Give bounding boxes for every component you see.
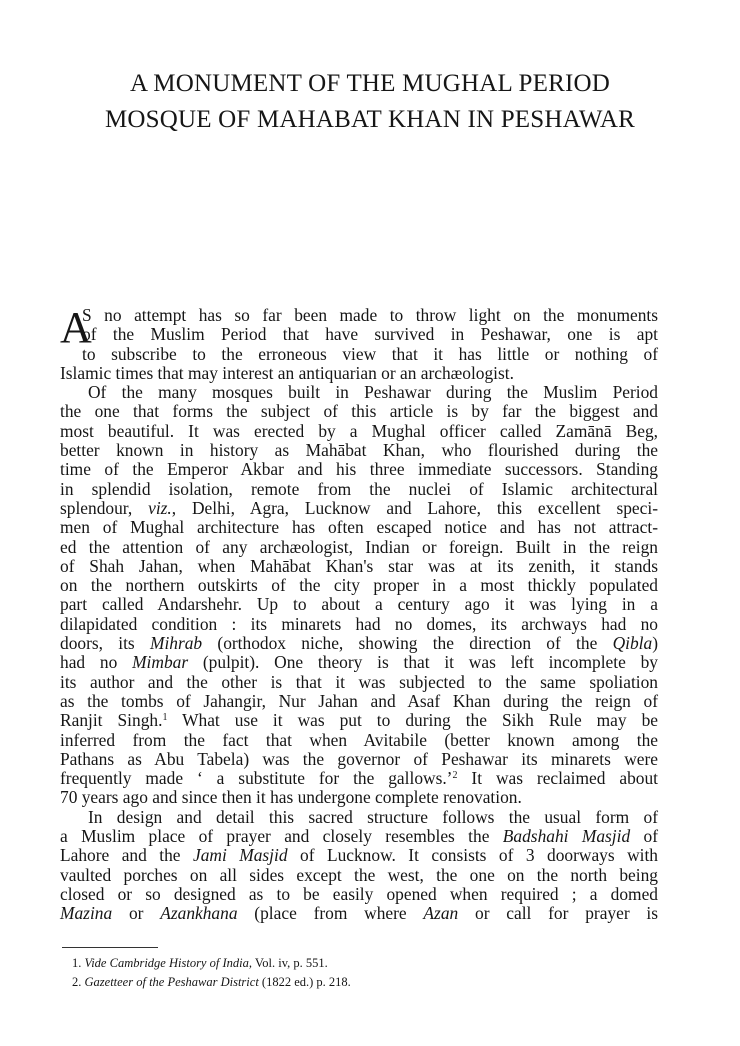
text-run: Lahore and the — [60, 845, 193, 865]
text-run: (orthodox niche, showing the direction o… — [202, 633, 612, 653]
text-line: In design and detail this sacred structu… — [60, 808, 658, 827]
footnote-number: 2. — [72, 975, 81, 989]
text-run: or call for prayer is — [458, 903, 658, 923]
article-body: A S no attempt has so far been made to t… — [60, 306, 658, 924]
text-line: ed the attention of any archæologist, In… — [60, 538, 658, 557]
text-run: doors, its — [60, 633, 150, 653]
text-line: of the Muslim Period that have survived … — [60, 325, 658, 344]
text-line: as the tombs of Jahangir, Nur Jahan and … — [60, 692, 658, 711]
text-line: in splendid isolation, remote from the n… — [60, 480, 658, 499]
text-run: a Muslim place of prayer and closely res… — [60, 826, 503, 846]
text-line: frequently made ‘ a substitute for the g… — [60, 769, 658, 788]
text-line: Mazina or Azankhana (place from where Az… — [60, 904, 658, 923]
footnote-title: Vide Cambridge History of India, — [85, 956, 252, 970]
text-line: a Muslim place of prayer and closely res… — [60, 827, 658, 846]
text-line: vaulted porches on all sides except the … — [60, 866, 658, 885]
text-run: ) — [652, 633, 658, 653]
text-run: What use it was put to during the Sikh R… — [167, 710, 658, 730]
text-line: men of Mughal architecture has often esc… — [60, 518, 658, 537]
text-run: of Lucknow. It consists of 3 doorways wi… — [288, 845, 658, 865]
footnote-text: (1822 ed.) p. 218. — [259, 975, 351, 989]
text-line: most beautiful. It was erected by a Mugh… — [60, 422, 658, 441]
text-run: Ranjit Singh. — [60, 710, 162, 730]
italic-term: Qibla — [613, 633, 653, 653]
footnote-2: 2. Gazetteer of the Peshawar District (1… — [72, 973, 351, 992]
text-line: better known in history as Mahābat Khan,… — [60, 441, 658, 460]
text-line: Ranjit Singh.1 What use it was put to du… — [60, 711, 658, 730]
text-line: the one that forms the subject of this a… — [60, 402, 658, 421]
text-line: inferred from the fact that when Avitabi… — [60, 731, 658, 750]
text-run: had no — [60, 652, 132, 672]
text-line: to subscribe to the erroneous view that … — [60, 345, 658, 364]
text-run: frequently made ‘ a substitute for the g… — [60, 768, 452, 788]
text-run: (place from where — [238, 903, 424, 923]
text-line: closed or so designed as to be easily op… — [60, 885, 658, 904]
text-line: time of the Emperor Akbar and his three … — [60, 460, 658, 479]
text-line: on the northern outskirts of the city pr… — [60, 576, 658, 595]
text-run: , Delhi, Agra, Lucknow and Lahore, this … — [172, 498, 658, 518]
text-line: 70 years ago and since then it has under… — [60, 788, 658, 807]
text-run: of — [630, 826, 658, 846]
footnote-text: Vol. iv, p. 551. — [252, 956, 328, 970]
italic-term: Mimbar — [132, 652, 188, 672]
text-line: Lahore and the Jami Masjid of Lucknow. I… — [60, 846, 658, 865]
text-line: part called Andarshehr. Up to about a ce… — [60, 595, 658, 614]
footnote-title: Gazetteer of the Peshawar District — [85, 975, 259, 989]
footnote-1: 1. Vide Cambridge History of India, Vol.… — [72, 954, 351, 973]
italic-term: Azankhana — [160, 903, 237, 923]
title-line-2: MOSQUE OF MAHABAT KHAN IN PESHAWAR — [0, 102, 740, 138]
footnotes: 1. Vide Cambridge History of India, Vol.… — [72, 954, 351, 992]
footnote-number: 1. — [72, 956, 81, 970]
italic-term: Badshahi Masjid — [503, 826, 630, 846]
drop-cap: A — [60, 308, 92, 348]
italic-term: Jami Masjid — [193, 845, 288, 865]
text-line: Pathans as Abu Tabela) was the governor … — [60, 750, 658, 769]
article-title: A MONUMENT OF THE MUGHAL PERIOD MOSQUE O… — [0, 66, 740, 138]
text-line: doors, its Mihrab (orthodox niche, showi… — [60, 634, 658, 653]
italic-term: Azan — [423, 903, 458, 923]
text-line: dilapidated condition : its minarets had… — [60, 615, 658, 634]
text-line: its author and the other is that it was … — [60, 673, 658, 692]
text-run: or — [112, 903, 160, 923]
italic-term: Mihrab — [150, 633, 202, 653]
text-line: had no Mimbar (pulpit). One theory is th… — [60, 653, 658, 672]
footnote-divider — [62, 947, 158, 948]
italic-term: viz. — [148, 498, 172, 518]
text-line: splendour, viz., Delhi, Agra, Lucknow an… — [60, 499, 658, 518]
text-line: S no attempt has so far been made to thr… — [60, 306, 658, 325]
text-run: (pulpit). One theory is that it was left… — [188, 652, 658, 672]
text-run: It was reclaimed about — [457, 768, 658, 788]
text-run: splendour, — [60, 498, 148, 518]
italic-term: Mazina — [60, 903, 112, 923]
text-line: Of the many mosques built in Peshawar du… — [60, 383, 658, 402]
title-line-1: A MONUMENT OF THE MUGHAL PERIOD — [0, 66, 740, 102]
text-line: of Shah Jahan, when Mahābat Khan's star … — [60, 557, 658, 576]
text-line: Islamic times that may interest an antiq… — [60, 364, 658, 383]
